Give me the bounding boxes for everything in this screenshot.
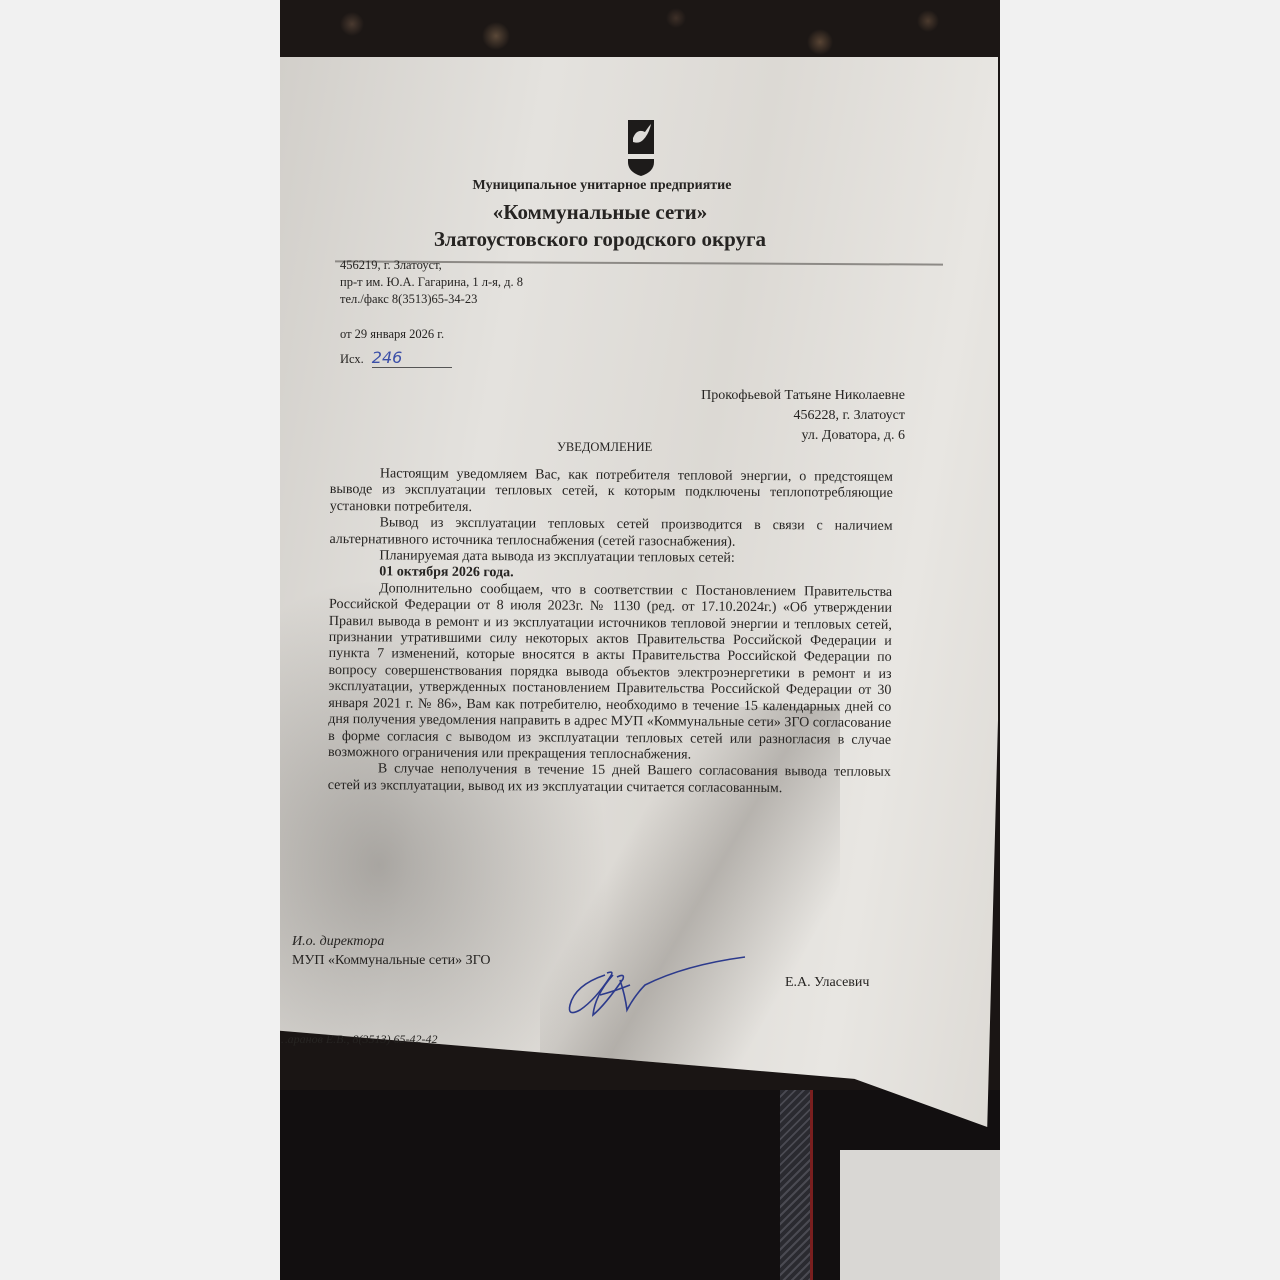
address-line: тел./факс 8(3513)65-34-23 <box>340 291 523 308</box>
paragraph: Дополнительно сообщаем, что в соответств… <box>328 581 892 765</box>
letter: Муниципальное унитарное предприятие «Ком… <box>280 0 1000 1280</box>
address-line: пр-т им. Ю.А. Гагарина, 1 л-я, д. 8 <box>340 274 523 291</box>
paragraph: Вывод из эксплуатации тепловых сетей про… <box>329 515 892 552</box>
sender-address: 456219, г. Златоуст, пр-т им. Ю.А. Гагар… <box>340 257 523 308</box>
org-region: Златоустовского городского округа <box>280 227 960 252</box>
letter-date: от 29 января 2026 г. <box>340 327 444 342</box>
recipient-street: ул. Доватора, д. 6 <box>610 426 905 446</box>
signatory-role: И.о. директора <box>292 932 490 951</box>
paragraph: Настоящим уведомляем Вас, как потребител… <box>330 466 893 519</box>
outgoing-label: Исх. <box>340 352 364 366</box>
address-line: 456219, г. Златоуст, <box>340 257 523 274</box>
document-title: УВЕДОМЛЕНИЕ <box>557 440 652 455</box>
outgoing-number: Исх.246 <box>340 348 452 368</box>
recipient-name: Прокофьевой Татьяне Николаевне <box>610 386 905 406</box>
executor-contact: …аранов Е.В., 8(3513) 65-42-42 <box>280 1032 437 1047</box>
signatory-block: И.о. директора МУП «Коммунальные сети» З… <box>292 932 490 970</box>
org-type: Муниципальное унитарное предприятие <box>280 178 962 194</box>
handwritten-signature-icon <box>565 955 755 1025</box>
recipient-city: 456228, г. Златоуст <box>610 406 905 426</box>
document-body: Настоящим уведомляем Вас, как потребител… <box>328 466 893 798</box>
city-coat-of-arms-icon <box>627 118 655 178</box>
paragraph: В случае неполучения в течение 15 дней В… <box>328 761 891 798</box>
signatory-name: Е.А. Уласевич <box>785 975 869 991</box>
document-photo: Муниципальное унитарное предприятие «Ком… <box>280 0 1000 1280</box>
outgoing-number-handwritten: 246 <box>372 348 452 368</box>
org-name: «Коммунальные сети» <box>280 200 960 225</box>
signatory-organization: МУП «Коммунальные сети» ЗГО <box>292 951 490 970</box>
recipient-block: Прокофьевой Татьяне Николаевне 456228, г… <box>610 386 905 446</box>
